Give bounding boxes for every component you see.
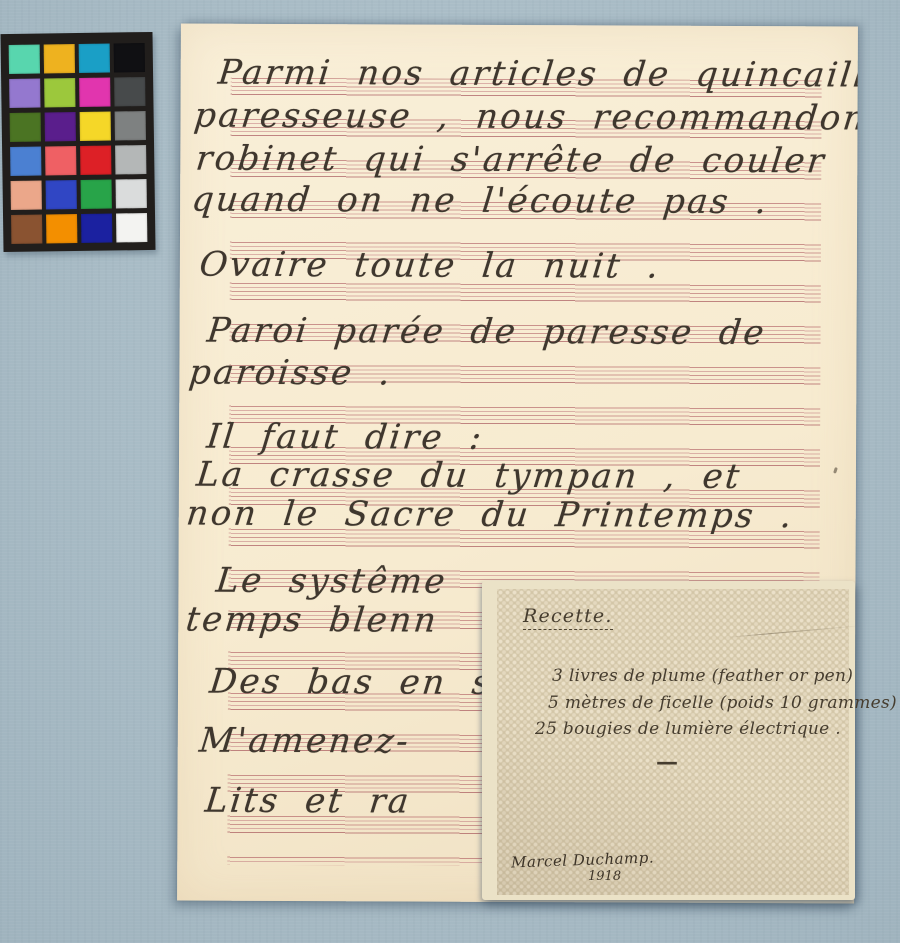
note-item: 25 bougies de lumière électrique . bbox=[535, 721, 841, 738]
color-patch-21 bbox=[46, 214, 77, 243]
note-divider: — bbox=[656, 749, 678, 775]
manuscript-line: Ovaire toute la nuit . bbox=[198, 248, 663, 284]
color-patch-5 bbox=[44, 78, 75, 107]
manuscript-line: non le Sacre du Printemps . bbox=[185, 497, 796, 534]
manuscript-line: paresseuse , nous recommandons un bbox=[192, 99, 857, 136]
color-patch-6 bbox=[79, 78, 110, 107]
color-patch-9 bbox=[45, 112, 76, 141]
color-patch-10 bbox=[80, 112, 111, 141]
color-patch-18 bbox=[81, 180, 112, 209]
color-patch-23 bbox=[116, 213, 147, 242]
color-patch-11 bbox=[115, 111, 146, 140]
manuscript-line: temps blenn bbox=[184, 603, 440, 638]
signature: Marcel Duchamp. bbox=[511, 849, 655, 872]
manuscript-line: Des bas en s bbox=[208, 665, 494, 700]
manuscript-line: Parmi nos articles de quincaillerie bbox=[217, 56, 858, 93]
color-patch-8 bbox=[10, 113, 41, 142]
color-patch-0 bbox=[9, 45, 40, 74]
note-title: Recette. bbox=[523, 605, 613, 630]
color-patch-1 bbox=[44, 44, 75, 73]
manuscript-line: M'amenez- bbox=[198, 724, 412, 759]
manuscript-line: Lits et ra bbox=[203, 784, 412, 819]
color-patch-7 bbox=[114, 77, 145, 106]
photo-scratch bbox=[727, 625, 862, 638]
manuscript-line: Il faut dire : bbox=[205, 420, 485, 455]
color-patch-2 bbox=[79, 44, 110, 73]
color-patch-14 bbox=[80, 146, 111, 175]
recette-note: Recette. 3 livres de plume (feather or p… bbox=[482, 581, 855, 900]
manuscript-line: La crasse du tympan , et bbox=[195, 458, 743, 494]
photograph-of-duchamp-manuscript: { "background": { "color": "#abbfc9" }, … bbox=[0, 0, 900, 943]
signature-year: 1918 bbox=[588, 869, 621, 884]
manuscript-line: Paroi parée de paresse de bbox=[206, 314, 768, 350]
color-calibration-card bbox=[0, 32, 155, 252]
manuscript-line: paroisse . bbox=[187, 356, 394, 391]
manuscript-line: Le systême bbox=[214, 564, 448, 599]
color-patch-13 bbox=[45, 146, 76, 175]
manuscript-line: quand on ne l'écoute pas . bbox=[190, 183, 771, 220]
color-patch-15 bbox=[115, 145, 146, 174]
note-item: 5 mètres de ficelle (poids 10 grammes) bbox=[548, 695, 897, 712]
color-patch-19 bbox=[116, 179, 147, 208]
color-patch-16 bbox=[11, 181, 42, 210]
color-patch-12 bbox=[10, 147, 41, 176]
note-item: 3 livres de plume (feather or pen) bbox=[552, 668, 853, 685]
color-patch-3 bbox=[114, 43, 145, 72]
manuscript-line: robinet qui s'arrête de couler bbox=[194, 142, 828, 179]
color-patch-22 bbox=[81, 214, 112, 243]
ink-speck bbox=[833, 467, 838, 474]
color-patch-4 bbox=[9, 79, 40, 108]
color-patch-17 bbox=[46, 180, 77, 209]
color-patch-20 bbox=[11, 215, 42, 244]
